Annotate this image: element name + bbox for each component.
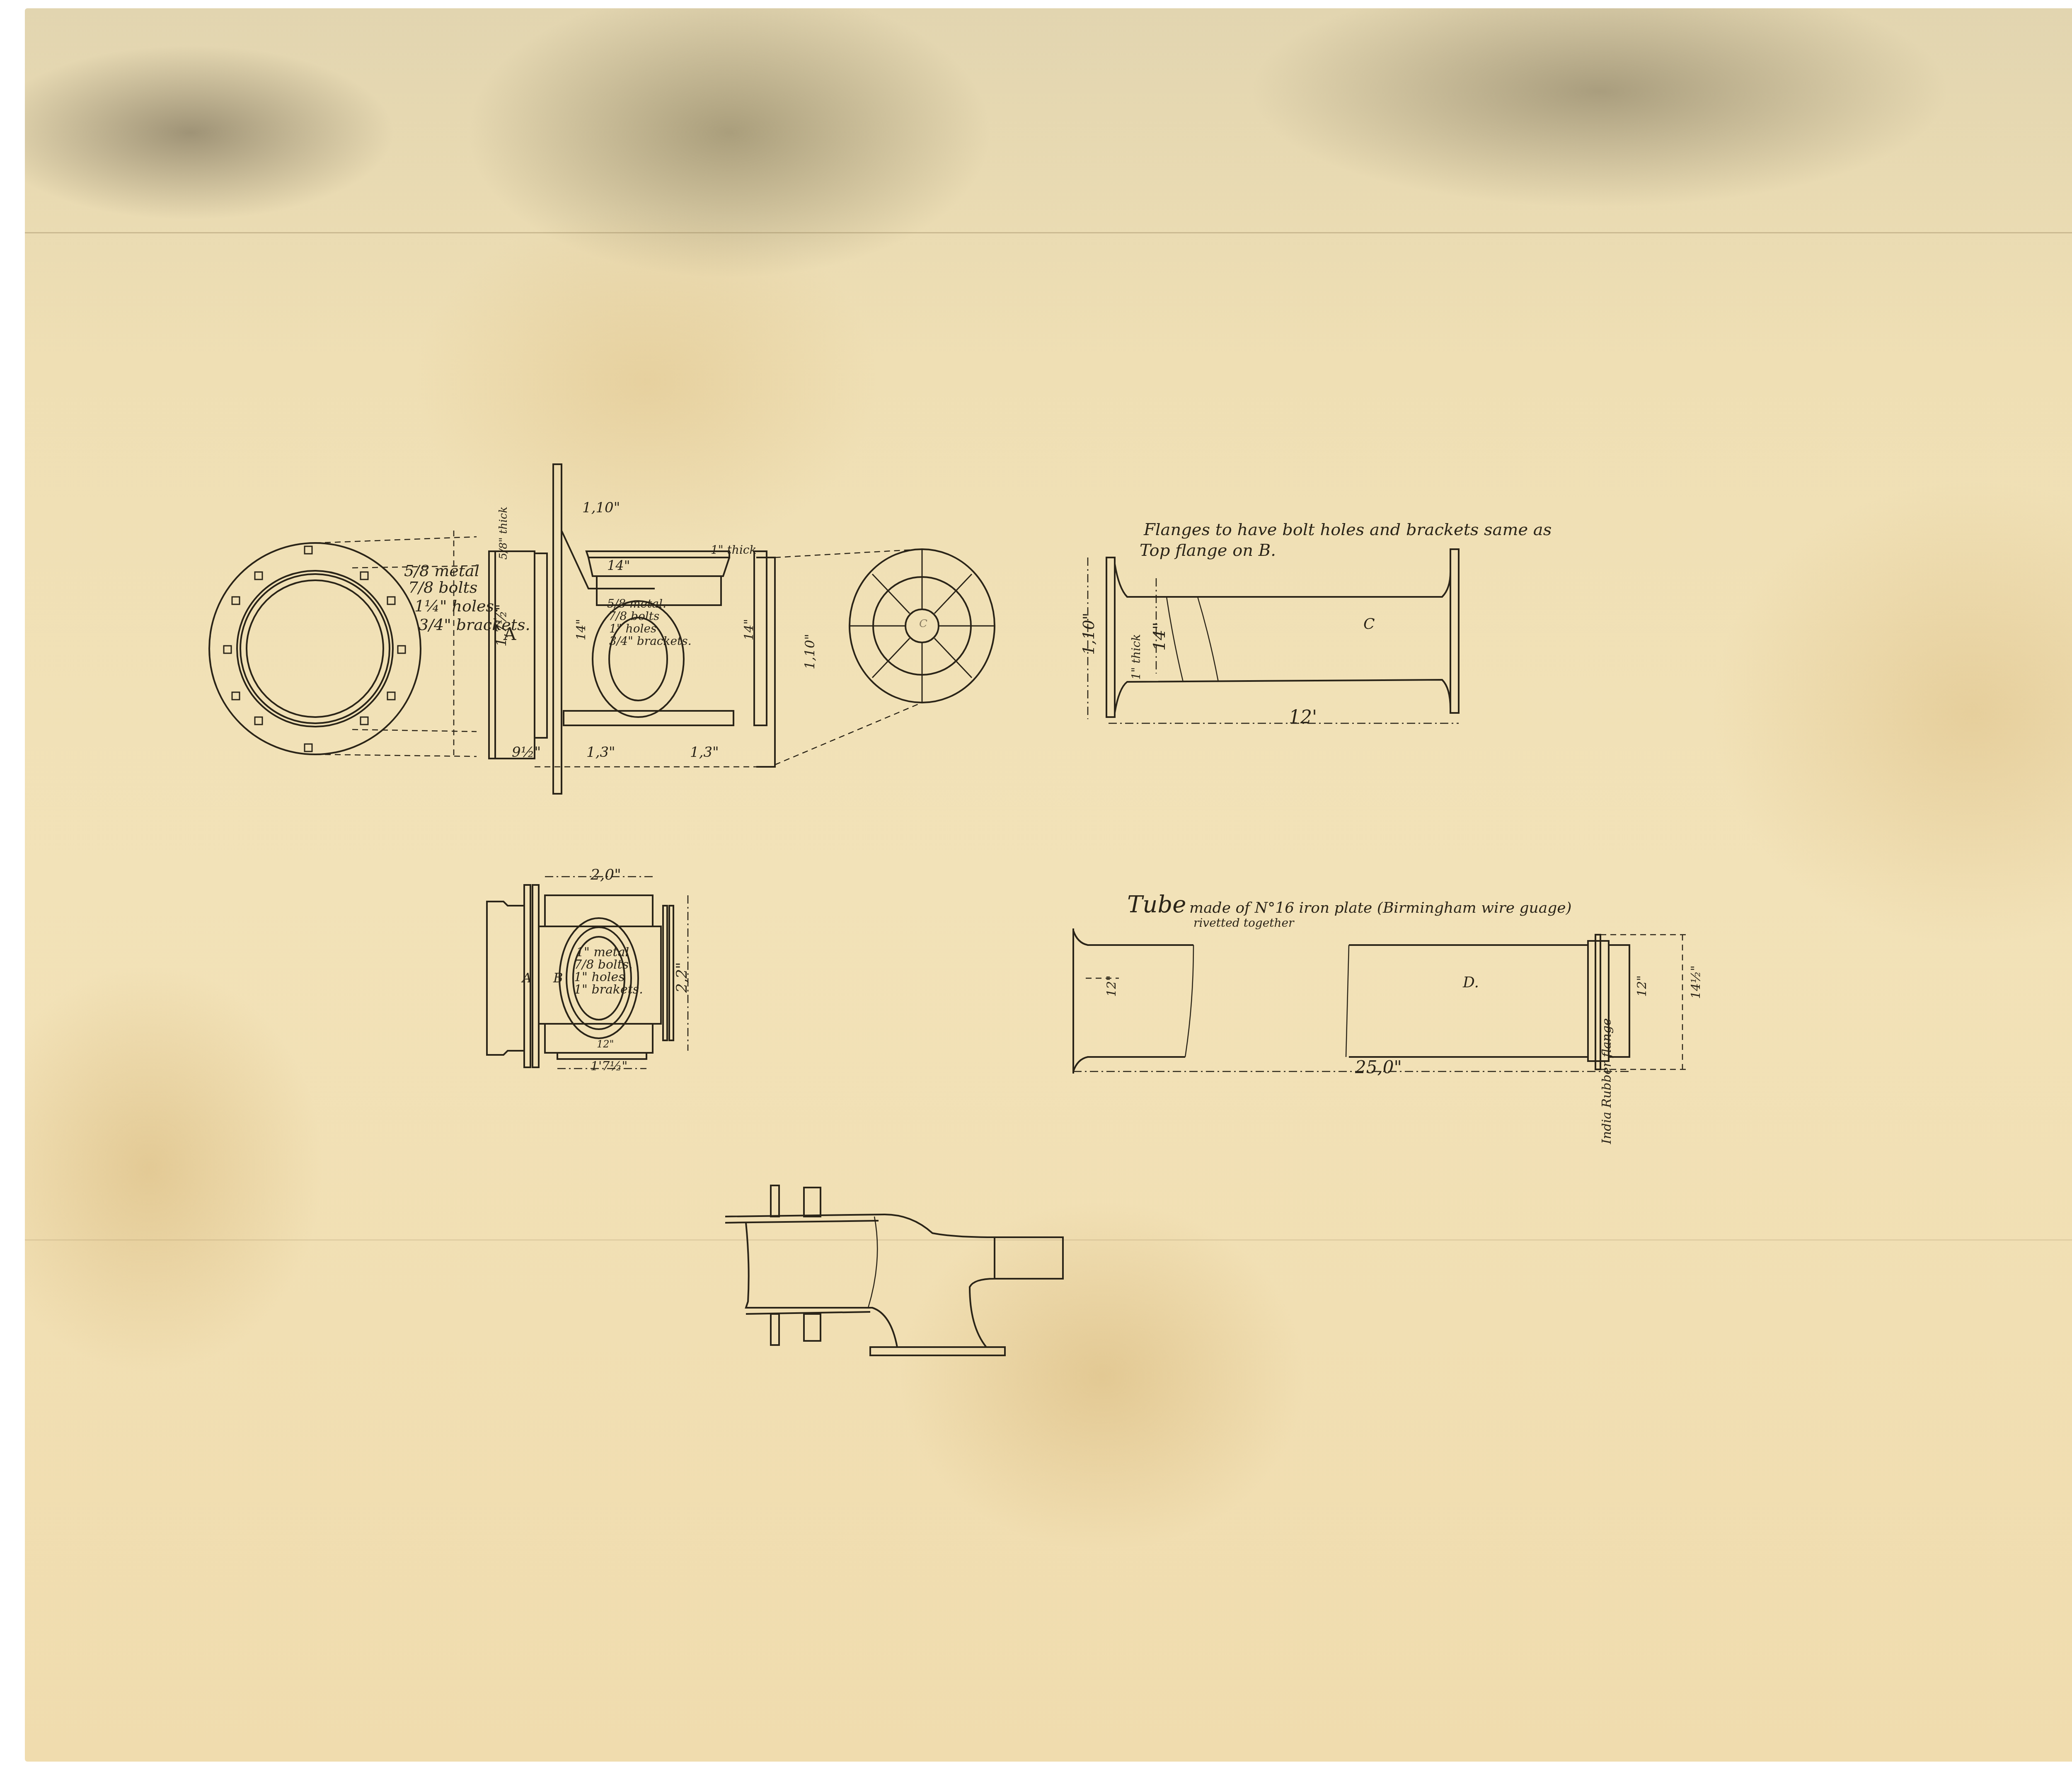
- dim-inner-width: 14": [607, 557, 630, 573]
- flange-note-bolts: 7/8 bolts: [408, 578, 477, 596]
- plan-label-a: A: [522, 970, 532, 986]
- piece-c-dim-bore: 14": [1150, 622, 1169, 651]
- tube-label-d: D.: [1463, 974, 1479, 991]
- tube-dim-flange-dia: 14½": [1689, 965, 1703, 999]
- piece-c-dim-length: 12': [1289, 707, 1317, 728]
- flange-note-holes: 1¼" holes.: [414, 597, 499, 615]
- piece-c-note-line1: Flanges to have bolt holes and brackets …: [1144, 520, 1552, 539]
- tube-dim-bore-right: 12": [1635, 975, 1649, 997]
- elev-note-metal: 5/8 metal.: [607, 597, 666, 611]
- tube-dim-length: 25,0": [1355, 1057, 1402, 1077]
- elev-note-holes: 1" holes: [609, 622, 656, 635]
- dim-height-outer: 1,10": [802, 634, 818, 669]
- elev-note-bolts: 7/8 bolts: [608, 609, 659, 623]
- dim-bottom-mid: 1,3": [586, 744, 615, 761]
- piece-c-dim-height: 1,10": [1080, 613, 1098, 655]
- elev-note-brackets: 3/4" brackets.: [609, 634, 692, 648]
- spoked-flange-drawing: [756, 549, 995, 767]
- plan-dim-height: 2,2": [673, 962, 690, 993]
- plan-dim-inner: 12": [597, 1038, 614, 1050]
- india-rubber-flange-note: India Rubber flange: [1600, 1018, 1614, 1144]
- dim-bottom-left: 9½": [512, 744, 541, 761]
- dim-top-width: 1,10": [582, 499, 620, 516]
- piece-c-drawing: [1088, 549, 1459, 723]
- tube-title-main: Tube: [1127, 891, 1186, 918]
- piece-c-label: C: [1363, 616, 1375, 633]
- drawing-linework: [0, 0, 2072, 1779]
- plan-label-b: B: [553, 970, 563, 986]
- spoked-flange-label: C: [919, 618, 927, 630]
- plan-dim-top: 2,0": [591, 866, 621, 883]
- piece-c-note-line2: Top flange on B.: [1140, 541, 1276, 560]
- plan-dim-base: 1'7½": [591, 1059, 627, 1074]
- thickness-note-5-8: 5/8" thick: [497, 507, 510, 560]
- tube-title-rest: made of N°16 iron plate (Birmingham wire…: [1189, 899, 1572, 916]
- tube-dim-bore-left: 12": [1104, 975, 1119, 997]
- dim-height-left: 14": [574, 619, 588, 640]
- plan-note-brackets: 1" brakets.: [574, 982, 643, 997]
- tube-title-line2: rivetted together: [1193, 916, 1294, 930]
- dim-bottom-right: 1,3": [690, 744, 719, 761]
- piece-c-thickness-note: 1" thick: [1129, 634, 1143, 680]
- dim-height-a: 1,7½": [493, 604, 510, 647]
- thickness-note-1: 1" thick: [711, 543, 756, 557]
- flange-note-metal: 5/8 metal: [404, 562, 479, 580]
- tube-d-drawing: [1073, 928, 1687, 1074]
- elbow-section-drawing: [725, 1185, 1063, 1355]
- dim-height-right: 14": [742, 619, 756, 640]
